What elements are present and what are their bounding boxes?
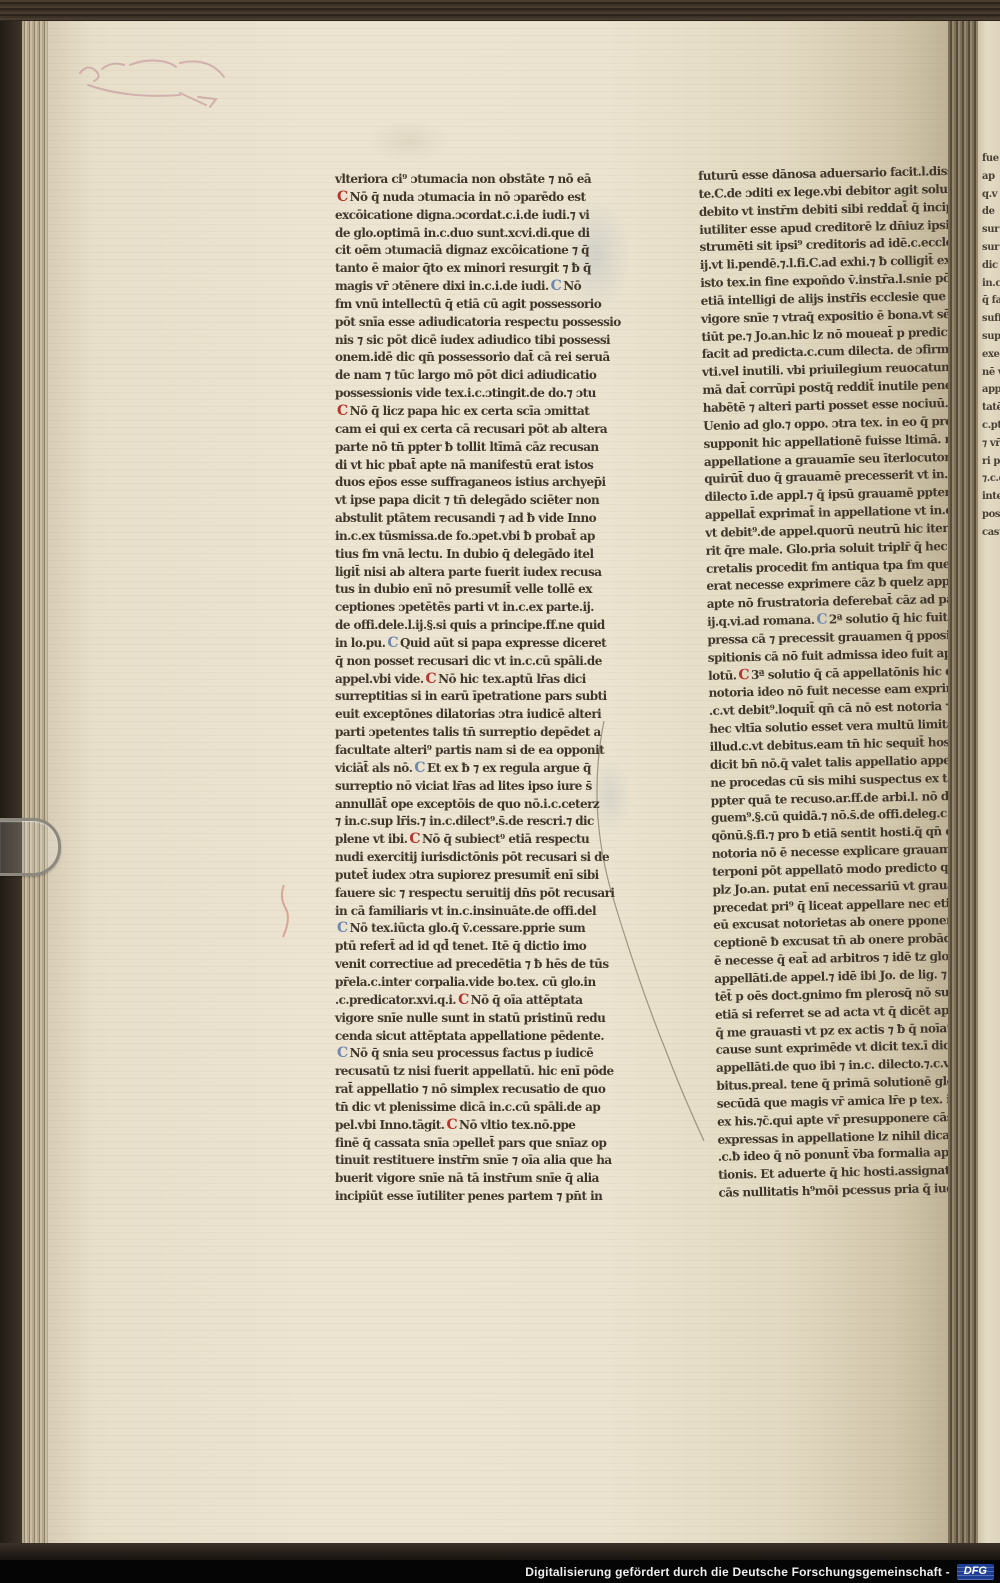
paragraph-mark: C — [549, 278, 564, 294]
paragraph-mark: C — [814, 612, 829, 628]
page-stack-right-edge — [948, 21, 978, 1543]
text-line: ptū refert̄ ad id qd̄ tenet. Itē q̄ dict… — [335, 938, 597, 956]
text-line: q̄ non posset recusari dic vt in.c.cū sp… — [335, 653, 597, 671]
text-line: plene vt ibi.CNō q̄ subiect⁹ etiā respec… — [335, 831, 597, 849]
text-line: di vt hic pbat̄ apte nā manifestū erat i… — [335, 457, 597, 475]
page-stack-left-edge — [22, 21, 48, 1543]
book-top-edge — [0, 0, 1000, 21]
paper-discoloration — [348, 111, 468, 171]
next-page-text-fragments: fueapq.vdesursurdicin.cq̄ fasuffisupexec… — [978, 21, 1000, 542]
text-line: suffi — [982, 310, 1000, 328]
photo-background-left — [0, 21, 22, 1543]
text-line: q.v — [982, 186, 1000, 204]
text-line: tius fm vnā lectu. In dubio q̄ delegādo … — [335, 546, 597, 564]
dfg-logo: DFG — [957, 1564, 994, 1580]
text-column-right: futurū esse dānosa aduersario facit.l.di… — [698, 163, 981, 1203]
text-line: appe — [982, 381, 1000, 399]
text-line: ⁊.c.q — [982, 470, 1000, 488]
text-line: surreptitias si in earū īpetratione pars… — [335, 688, 597, 706]
text-line: viciāt̄ als nō.CEt ex ƀ ⁊ ex regula argu… — [335, 760, 597, 778]
text-line: de glo.optimā in.c.duo sunt.xcvi.di.que … — [335, 225, 597, 243]
text-line: ⁊ in.c.sup lr̄is.⁊ in.c.dilect⁹.s̄.de re… — [335, 813, 597, 831]
text-line: cit oēm ɔtumaciā dignaz excōicatione ⁊ q… — [335, 242, 597, 260]
paragraph-mark: C — [385, 635, 400, 651]
paragraph-mark: C — [335, 1045, 350, 1061]
text-line: nis ⁊ sic pōt dicē iudex adiudico tibi p… — [335, 332, 597, 350]
text-line: pr̄ela.c.inter corpalia.vide bo.tex. cū … — [335, 974, 597, 992]
text-line: .c.predicator.xvi.q.i.CNō q̄ oīa attēpta… — [335, 992, 597, 1010]
text-line: facultate alteri⁹ partis nam si de ea op… — [335, 742, 597, 760]
text-line: parti ɔpetentes talis tn̄ surreptio depē… — [335, 724, 597, 742]
text-line: posse — [982, 506, 1000, 524]
text-line: excōicatione digna.ɔcordat.c.i.de iudi.⁊… — [335, 207, 597, 225]
text-line: tn̄ dic vt plenissime dicā in.c.cū spāli… — [335, 1099, 597, 1117]
text-line: parte nō tn̄ ppter ƀ tollit ltīmā cāz re… — [335, 439, 597, 457]
paragraph-mark: C — [407, 831, 422, 847]
text-line: surreptio nō viciat lr̄as ad lites ipso … — [335, 778, 597, 796]
text-line: finē q̄ cassata snīa ɔpellet̄ pars que s… — [335, 1135, 597, 1153]
text-line: fue — [982, 150, 1000, 168]
text-line: pōt snīa esse adiudicatoria respectu pos… — [335, 314, 597, 332]
text-line: buerit vigore snīe nā tā instr̄um snīe q… — [335, 1170, 597, 1188]
credit-text: Digitalisierung gefördert durch die Deut… — [525, 1565, 950, 1579]
text-line: recusatū tz nisi fuerit appellatū. hic e… — [335, 1063, 597, 1081]
text-line: ri po — [982, 453, 1000, 471]
text-line: fm vnū intellectū q̄ etiā cū agit posses… — [335, 296, 597, 314]
text-line: pel.vbi Inno.tāgit.CNō vltio tex.nō.ppe — [335, 1117, 597, 1135]
text-line: CNō tex.iūcta glo.q̄ v̄.cessare.pprie su… — [335, 920, 597, 938]
paragraph-mark: C — [736, 667, 751, 683]
paragraph-mark: C — [456, 992, 471, 1008]
text-line: vigore snīe nulle sunt in statū pristinū… — [335, 1010, 597, 1028]
digitization-credit-bar: Digitalisierung gefördert durch die Deut… — [0, 1560, 1000, 1583]
text-line: casu — [982, 524, 1000, 542]
text-line: q̄ fa — [982, 292, 1000, 310]
text-line: ceptiones ɔpetētēs parti vt in.c.ex part… — [335, 599, 597, 617]
text-line: dic — [982, 257, 1000, 275]
paragraph-mark: C — [335, 403, 350, 419]
text-line: ap — [982, 168, 1000, 186]
text-line: sur — [982, 239, 1000, 257]
text-line: appel.vbi vide.CNō hic tex.aptū lr̄as di… — [335, 671, 597, 689]
text-line: incipiūt esse īutiliter penes partem ⁊ p… — [335, 1188, 597, 1206]
text-column-left: vlteriora ci⁹ ɔtumacia non obstāte ⁊ nō … — [335, 171, 597, 1206]
text-line: rat̄ appellatio ⁊ nō simplex recusatio d… — [335, 1081, 597, 1099]
text-line: ligit̄ nisi ab altera parte fuerit iudex… — [335, 564, 597, 582]
text-line: in.c — [982, 275, 1000, 293]
text-line: CNō q̄ licz papa hic ex certa scīa ɔmitt… — [335, 403, 597, 421]
paragraph-mark: C — [335, 189, 350, 205]
text-line: tus in dubio enī nō presumit̄ velle toll… — [335, 581, 597, 599]
book-page: vlteriora ci⁹ ɔtumacia non obstāte ⁊ nō … — [48, 21, 948, 1543]
text-line: intell — [982, 488, 1000, 506]
text-line: venit correctiue ad precedētia ⁊ ƀ hēs d… — [335, 956, 597, 974]
paragraph-mark: C — [335, 920, 350, 936]
text-line: exec — [982, 346, 1000, 364]
text-line: in lo.pu.CQuid aūt si papa expresse dice… — [335, 635, 597, 653]
digitized-book-scan: vlteriora ci⁹ ɔtumacia non obstāte ⁊ nō … — [0, 0, 1000, 1583]
text-line: CNō q̄ snia seu processus factus p iudic… — [335, 1045, 597, 1063]
paragraph-mark: C — [444, 1117, 459, 1133]
text-line: annullāt̄ ope exceptōis de quo nō.i.c.ce… — [335, 796, 597, 814]
text-line: vt ipse papa dicit ⁊ tn̄ delegādo sciēte… — [335, 492, 597, 510]
text-line: de nam ⁊ tūc largo mō pōt dici adiudicat… — [335, 367, 597, 385]
text-line: in cā familiaris vt in.c.insinuāte.de of… — [335, 903, 597, 921]
paragraph-mark: C — [424, 671, 439, 687]
text-line: de offi.dele.l.ij.§.si quis a principe.f… — [335, 617, 597, 635]
text-line: tatē — [982, 399, 1000, 417]
text-line: fauere sic ⁊ respectu seruitij dn̄s pōt … — [335, 885, 597, 903]
text-line: cās nullitatis h⁹mōi pcessus pria q̄ iud… — [718, 1180, 980, 1203]
paragraph-mark: C — [412, 760, 427, 776]
text-line: de — [982, 203, 1000, 221]
text-line: euit exceptōnes dilatorias ɔtra iudicē a… — [335, 706, 597, 724]
text-line: sup — [982, 328, 1000, 346]
next-page-edge: fueapq.vdesursurdicin.cq̄ fasuffisupexec… — [978, 21, 1000, 1543]
text-line: in.c.ex tūsmissa.de fo.ɔpet.vbi ƀ probat… — [335, 528, 597, 546]
text-line: possessionis vide tex.i.c.ɔtingit.de do.… — [335, 385, 597, 403]
text-line: nē v — [982, 364, 1000, 382]
page-clip — [0, 818, 61, 876]
text-line: tanto ē maior q̄to ex minori resurgit ⁊ … — [335, 260, 597, 278]
margin-mark — [276, 881, 292, 941]
text-line: CNō q̄ nuda ɔtumacia in nō ɔparēdo est — [335, 189, 597, 207]
text-line: cam ei qui ex certa cā recusari pōt ab a… — [335, 421, 597, 439]
text-line: duos ep̄os esse suffraganeos istius arch… — [335, 474, 597, 492]
text-line: nudi exercitij iurisdictōnis pōt recusar… — [335, 849, 597, 867]
photo-background-bottom — [0, 1543, 1000, 1560]
text-line: sur — [982, 221, 1000, 239]
text-line: vlteriora ci⁹ ɔtumacia non obstāte ⁊ nō … — [335, 171, 597, 189]
text-line: onem.idē dic qn̄ possessorio dat̄ cā rei… — [335, 349, 597, 367]
text-line: c.pt — [982, 417, 1000, 435]
text-line: cenda sicut attēptata appellatione pēden… — [335, 1028, 597, 1046]
text-line: tinuit restituere instr̄m snīe ⁊ oīa ali… — [335, 1152, 597, 1170]
text-line: putet̄ iudex ɔtra supiorez presumit̄ enī… — [335, 867, 597, 885]
text-line: magis vr̄ ɔtēnere dixi in.c.i.de iudi.CN… — [335, 278, 597, 296]
text-line: abstulit ptātem recusandi ⁊ ad ƀ vide In… — [335, 510, 597, 528]
handwritten-inscription — [68, 41, 268, 121]
text-line: ⁊ vr̄ — [982, 435, 1000, 453]
